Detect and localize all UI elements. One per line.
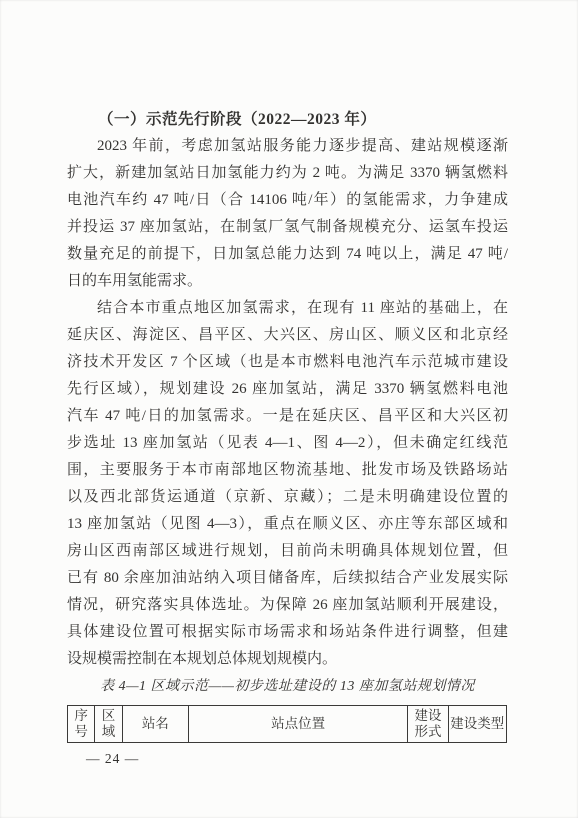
table-header-cell: 站名 [123, 706, 189, 742]
text-line: 并投运 37 座加氢站，在制氢厂氢气制备规模充分、运氢车投运 [67, 214, 508, 241]
text-line: 具体建设位置可根据实际市场需求和场站条件进行调整，但建 [67, 619, 508, 646]
table-header-cell: 区 域 [95, 706, 122, 742]
table-header-row: 序 号区 域站名站点位置建设 形式建设类型 [67, 705, 507, 743]
table-caption: 表 4—1 区域示范——初步选址建设的 13 座加氢站规划情况 [67, 673, 508, 700]
paragraphs: 2023 年前，考虑加氢站服务能力逐步提高、建站规模逐渐扩大，新建加氢站日加氢能… [67, 133, 508, 673]
text-line: 13 座加氢站（见图 4—3），重点在顺义区、亦庄等东部区域和 [67, 511, 508, 538]
text-line: 汽车 47 吨/日的加氢需求。一是在延庆区、昌平区和大兴区初 [67, 403, 508, 430]
text-line: 设规模需控制在本规划总体规划规模内。 [67, 646, 508, 673]
document-page: （一）示范先行阶段（2022—2023 年） 2023 年前，考虑加氢站服务能力… [0, 0, 578, 818]
text-line: 先行区域），规划建设 26 座加氢站，满足 3370 辆氢燃料电池 [67, 376, 508, 403]
text-line: 房山区西南部区域进行规划，目前尚未明确具体规划位置，但 [67, 538, 508, 565]
text-line: 电池汽车约 47 吨/日（合 14106 吨/年）的氢能需求，力争建成 [67, 187, 508, 214]
text-line: 济技术开发区 7 个区域（也是本市燃料电池汽车示范城市建设 [67, 349, 508, 376]
text-line: 扩大，新建加氢站日加氢能力约为 2 吨。为满足 3370 辆氢燃料 [67, 160, 508, 187]
text-line: 已有 80 余座加油站纳入项目储备库，后续拟结合产业发展实际 [67, 565, 508, 592]
text-line: 日的车用氢能需求。 [67, 268, 508, 295]
table-header-cell: 建设类型 [449, 706, 506, 742]
table-header-cell: 建设 形式 [408, 706, 448, 742]
text-line: 情况，研究落实具体选址。为保障 26 座加氢站顺利开展建设， [67, 592, 508, 619]
text-line: 以及西北部货运通道（京新、京藏）；二是未明确建设位置的 [67, 484, 508, 511]
page-number: — 24 — [67, 751, 508, 767]
page-content: （一）示范先行阶段（2022—2023 年） 2023 年前，考虑加氢站服务能力… [67, 106, 508, 767]
text-line: 步选址 13 座加氢站（见表 4—1、图 4—2），但未确定红线范 [67, 430, 508, 457]
text-line: 2023 年前，考虑加氢站服务能力逐步提高、建站规模逐渐 [67, 133, 508, 160]
text-line: 结合本市重点地区加氢需求，在现有 11 座站的基础上，在 [67, 295, 508, 322]
text-line: 数量充足的前提下，日加氢总能力达到 74 吨以上，满足 47 吨/ [67, 241, 508, 268]
table-header-cell: 站点位置 [189, 706, 408, 742]
section-heading: （一）示范先行阶段（2022—2023 年） [67, 106, 508, 133]
text-line: 延庆区、海淀区、昌平区、大兴区、房山区、顺义区和北京经 [67, 322, 508, 349]
text-line: 围，主要服务于本市南部地区物流基地、批发市场及铁路场站 [67, 457, 508, 484]
table-header-cell: 序 号 [68, 706, 95, 742]
